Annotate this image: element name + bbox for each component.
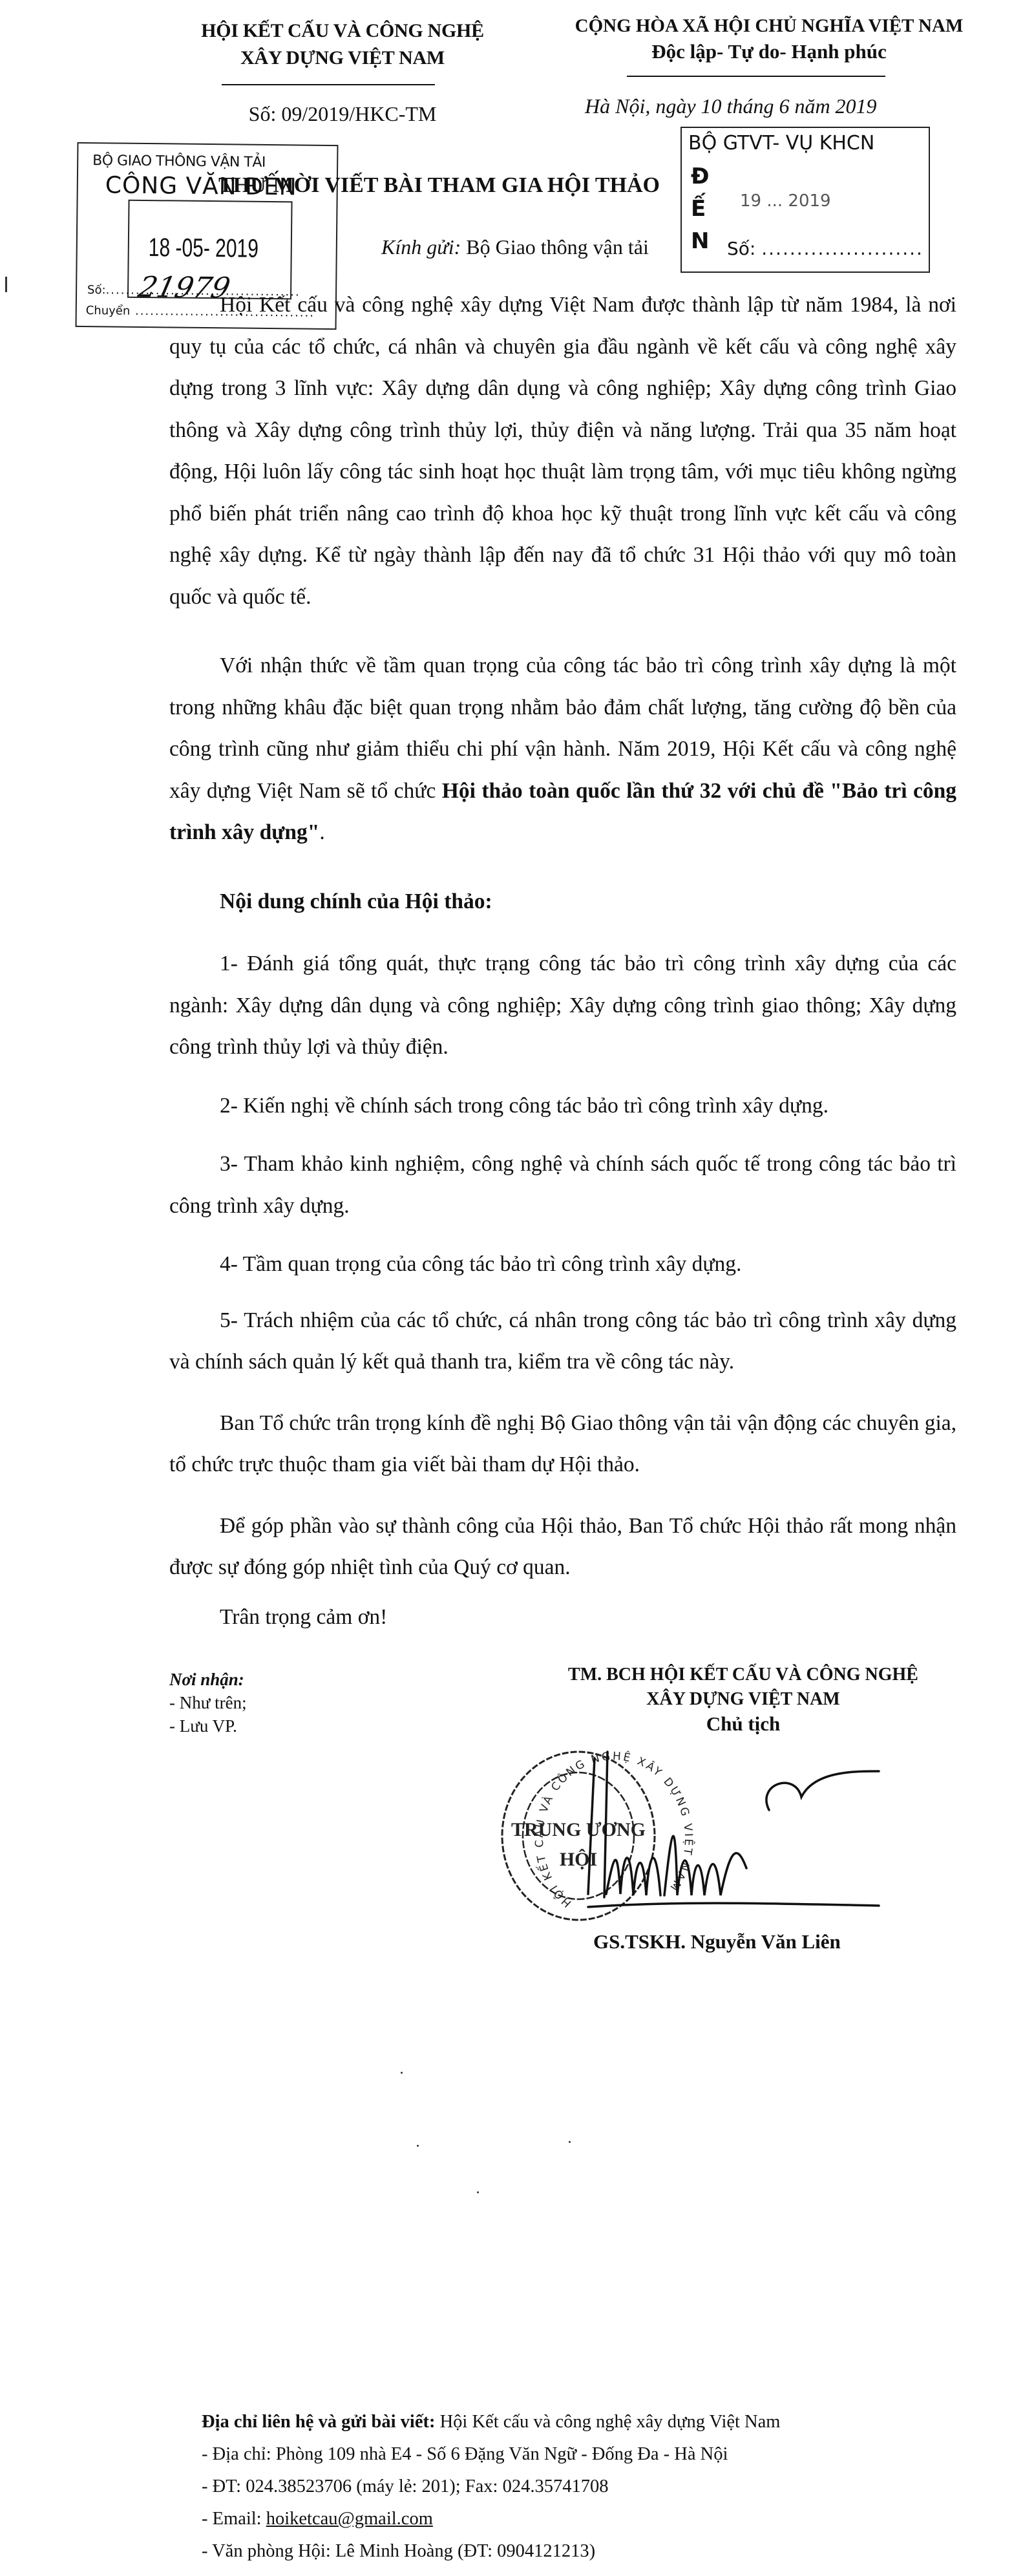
contact-email-link[interactable]: hoiketcau@gmail.com: [266, 2509, 433, 2529]
dept-stamp-agency: BỘ GTVT- VỤ KHCN: [688, 132, 874, 154]
letter-body: Hội Kết cấu và công nghệ xây dựng Việt N…: [169, 284, 956, 1638]
content-item-2: 2- Kiến nghị về chính sách trong công tá…: [169, 1085, 956, 1127]
contact-phone: - ĐT: 024.38523706 (máy lẻ: 201); Fax: 0…: [202, 2471, 780, 2503]
signer-name: GS.TSKH. Nguyễn Văn Liên: [593, 1930, 841, 1953]
official-seal-icon: HỘI KẾT CẤU VÀ CÔNG NGHỆ XÂY DỰNG VIỆT N…: [502, 1749, 696, 1920]
national-motto: Độc lập- Tự do- Hạnh phúc: [536, 39, 1002, 65]
national-title: CỘNG HÒA XÃ HỘI CHỦ NGHĨA VIỆT NAM: [536, 13, 1002, 39]
scan-speck: [477, 2191, 479, 2193]
svg-text:TRUNG ƯƠNG: TRUNG ƯƠNG: [511, 1819, 646, 1840]
signature-block: TM. BCH HỘI KẾT CẤU VÀ CÔNG NGHỆ XÂY DỰN…: [530, 1663, 956, 1736]
request-paragraph: Ban Tổ chức trân trọng kính đề nghị Bộ G…: [169, 1403, 956, 1486]
contents-heading: Nội dung chính của Hội thảo:: [169, 881, 956, 923]
header-right-underline: [627, 76, 885, 77]
salutation: Kính gửi: Bộ Giao thông vận tải: [381, 235, 649, 259]
organization-name-line2: XÂY DỰNG VIỆT NAM: [162, 45, 523, 71]
letter-title: THƯ MỜI VIẾT BÀI THAM GIA HỘI THẢO: [218, 173, 660, 198]
contact-email-row: - Email: hoiketcau@gmail.com: [202, 2503, 780, 2535]
contact-heading: Địa chỉ liên hệ và gửi bài viết: Hội Kết…: [202, 2406, 780, 2438]
stamp-agency: BỘ GIAO THÔNG VẬN TẢI: [92, 153, 266, 171]
scan-speck: [401, 2072, 403, 2074]
official-seal-and-signature: HỘI KẾT CẤU VÀ CÔNG NGHỆ XÂY DỰNG VIỆT N…: [491, 1745, 944, 1926]
contact-office: - Văn phòng Hội: Lê Minh Hoàng (ĐT: 0904…: [202, 2535, 780, 2568]
contact-address: - Địa chỉ: Phòng 109 nhà E4 - Số 6 Đặng …: [202, 2438, 780, 2471]
contact-footer: Địa chỉ liên hệ và gửi bài viết: Hội Kết…: [202, 2406, 780, 2568]
signer-on-behalf: TM. BCH HỘI KẾT CẤU VÀ CÔNG NGHỆ: [530, 1663, 956, 1687]
intro-paragraph: Hội Kết cấu và công nghệ xây dựng Việt N…: [169, 284, 956, 618]
signer-position: Chủ tịch: [530, 1712, 956, 1736]
recipients-block: Nơi nhận: - Như trên; - Lưu VP.: [169, 1668, 247, 1738]
recipients-label: Nơi nhận:: [169, 1668, 247, 1691]
stamp-date: 18 -05- 2019: [149, 233, 259, 264]
header-left-underline: [222, 84, 435, 85]
content-item-3: 3- Tham khảo kinh nghiệm, công nghệ và c…: [169, 1144, 956, 1227]
purpose-paragraph: Với nhận thức về tầm quan trọng của công…: [169, 645, 956, 854]
signer-organization: XÂY DỰNG VIỆT NAM: [530, 1687, 956, 1712]
document-number: Số: 09/2019/HKC-TM: [162, 102, 523, 126]
closing-line: Trân trọng cảm ơn!: [169, 1597, 956, 1639]
dept-stamp-date: 19 ... 2019: [740, 191, 831, 211]
recipient-item: - Như trên;: [169, 1691, 247, 1714]
hope-paragraph: Để góp phần vào sự thành công của Hội th…: [169, 1506, 956, 1589]
content-item-5: 5- Trách nhiệm của các tổ chức, cá nhân …: [169, 1300, 956, 1383]
scan-margin-mark: [5, 277, 7, 292]
place-and-date: Hà Nội, ngày 10 tháng 6 năm 2019: [585, 94, 877, 118]
scan-speck: [569, 2141, 571, 2143]
svg-text:HỘI: HỘI: [560, 1849, 597, 1870]
organization-name-line1: HỘI KẾT CẤU VÀ CÔNG NGHỆ: [162, 18, 523, 44]
salutation-recipient: Bộ Giao thông vận tải: [466, 235, 649, 259]
department-stamp: BỘ GTVT- VỤ KHCN Đ Ế N 19 ... 2019 Số: .…: [681, 127, 930, 273]
recipient-item: - Lưu VP.: [169, 1714, 247, 1738]
salutation-label: Kính gửi:: [381, 235, 461, 259]
dept-stamp-number: Số: .......................: [727, 238, 923, 259]
scan-speck: [417, 2145, 419, 2147]
dept-stamp-side-letters: Đ Ế N: [691, 160, 710, 257]
content-item-1: 1- Đánh giá tổng quát, thực trạng công t…: [169, 943, 956, 1069]
content-item-4: 4- Tầm quan trọng của công tác bảo trì c…: [169, 1244, 956, 1286]
